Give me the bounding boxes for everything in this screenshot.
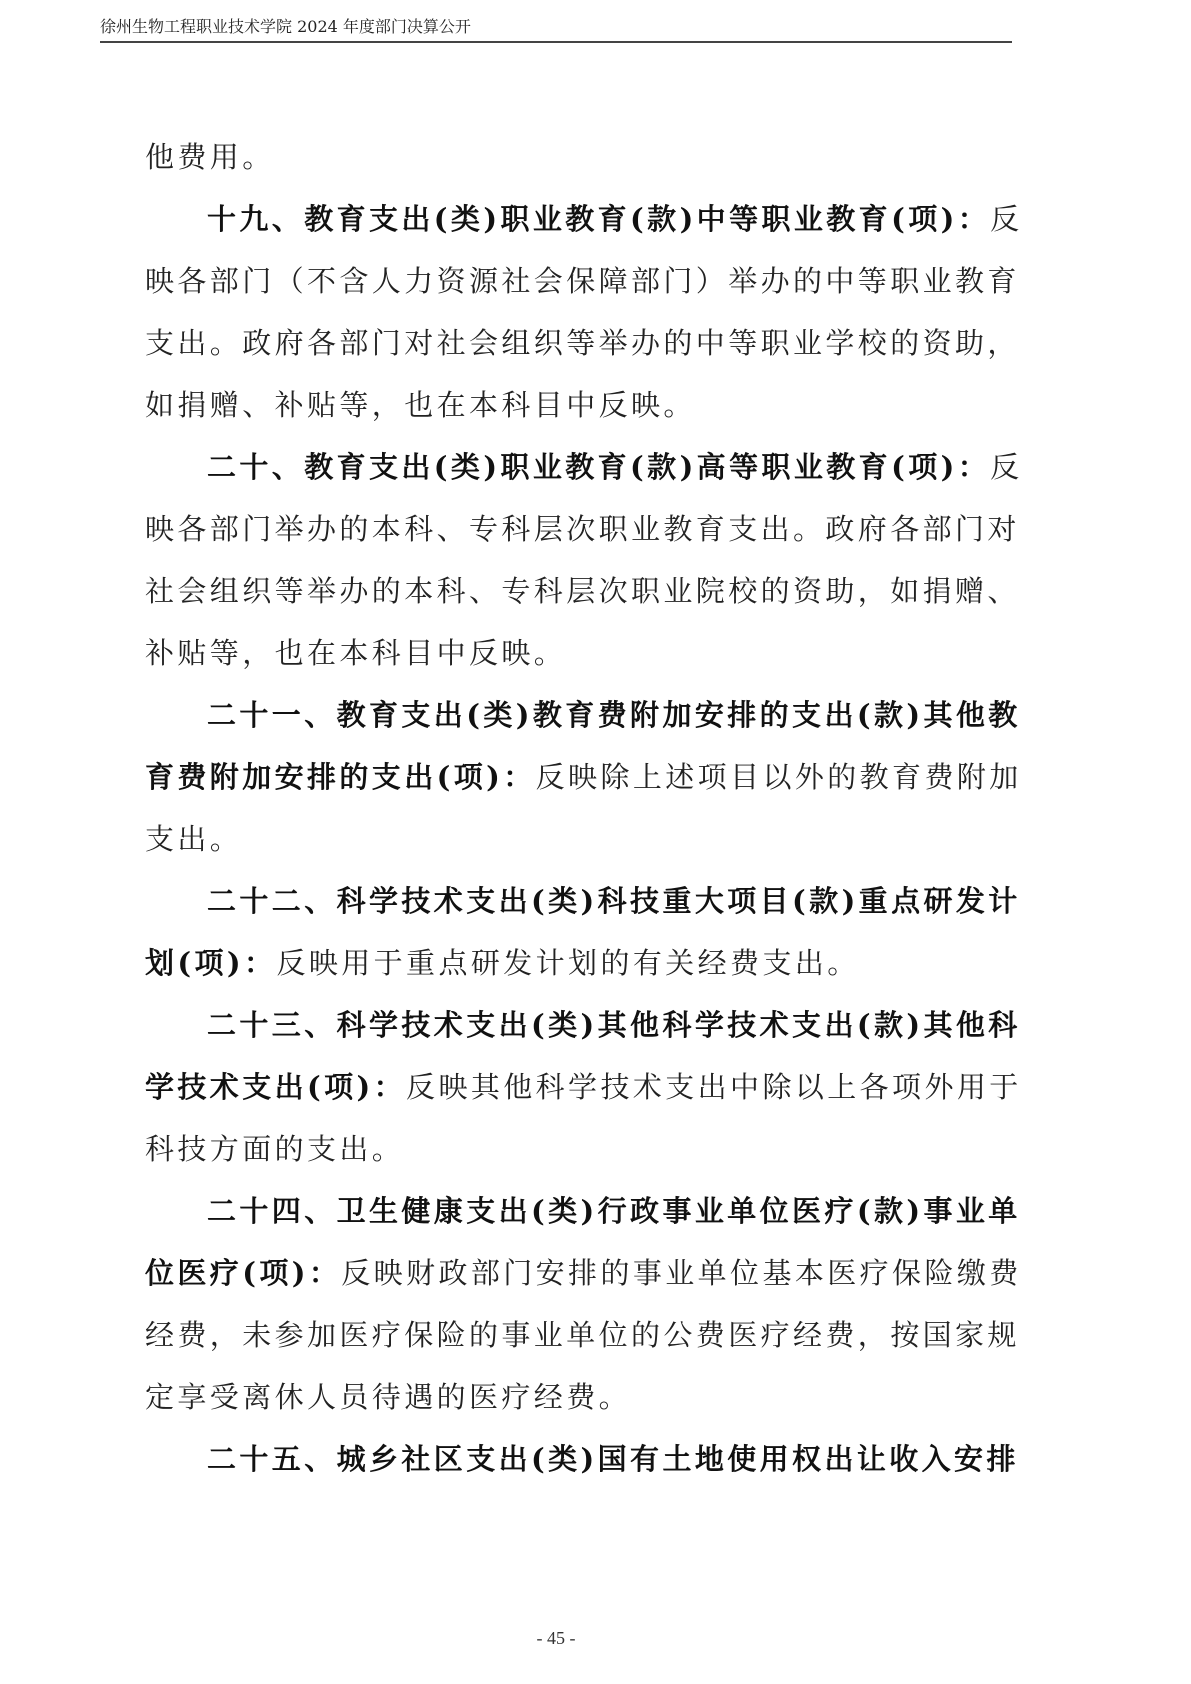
section-heading: 十九、教育支出(类)职业教育(款)中等职业教育(项)： xyxy=(207,202,990,236)
body-text: 反映财政部门安排的事业单位基本医疗保险缴费 xyxy=(341,1256,1021,1290)
body-line: 二十、教育支出(类)职业教育(款)高等职业教育(项)：反 xyxy=(145,436,965,498)
body-line: 补贴等，也在本科目中反映。 xyxy=(145,622,965,684)
body-line: 他费用。 xyxy=(145,126,965,188)
body-text: 经费，未参加医疗保险的事业单位的公费医疗经费，按国家规 xyxy=(145,1318,1020,1352)
body-text: 反映用于重点研发计划的有关经费支出。 xyxy=(276,946,859,980)
document-body: 他费用。 十九、教育支出(类)职业教育(款)中等职业教育(项)：反 映各部门（不… xyxy=(145,126,965,1490)
body-text: 映各部门举办的本科、专科层次职业教育支出。政府各部门对 xyxy=(145,512,1020,546)
body-text: 科技方面的支出。 xyxy=(145,1132,404,1166)
body-line: 映各部门举办的本科、专科层次职业教育支出。政府各部门对 xyxy=(145,498,965,560)
body-line: 育费附加安排的支出(项)：反映除上述项目以外的教育费附加 xyxy=(145,746,965,808)
body-line: 如捐赠、补贴等，也在本科目中反映。 xyxy=(145,374,965,436)
header-divider xyxy=(100,41,1012,43)
body-line: 支出。 xyxy=(145,808,965,870)
body-text: 反 xyxy=(990,450,1022,484)
body-text: 反映除上述项目以外的教育费附加 xyxy=(536,760,1022,794)
body-text: 如捐赠、补贴等，也在本科目中反映。 xyxy=(145,388,696,422)
body-line: 二十一、教育支出(类)教育费附加安排的支出(款)其他教 xyxy=(145,684,965,746)
body-text: 映各部门（不含人力资源社会保障部门）举办的中等职业教育 xyxy=(145,264,1020,298)
body-line: 位医疗(项)：反映财政部门安排的事业单位基本医疗保险缴费 xyxy=(145,1242,965,1304)
body-line: 定享受离休人员待遇的医疗经费。 xyxy=(145,1366,965,1428)
body-line: 支出。政府各部门对社会组织等举办的中等职业学校的资助， xyxy=(145,312,965,374)
body-line: 二十四、卫生健康支出(类)行政事业单位医疗(款)事业单 xyxy=(145,1180,965,1242)
section-heading: 二十五、城乡社区支出(类)国有土地使用权出让收入安排 xyxy=(207,1442,1019,1476)
section-heading: 二十四、卫生健康支出(类)行政事业单位医疗(款)事业单 xyxy=(207,1194,1021,1228)
section-heading: 学技术支出(项)： xyxy=(145,1070,406,1104)
body-text: 支出。政府各部门对社会组织等举办的中等职业学校的资助， xyxy=(145,326,1020,360)
body-line: 十九、教育支出(类)职业教育(款)中等职业教育(项)：反 xyxy=(145,188,965,250)
section-heading: 二十三、科学技术支出(类)其他科学技术支出(款)其他科 xyxy=(207,1008,1021,1042)
body-line: 二十五、城乡社区支出(类)国有土地使用权出让收入安排 xyxy=(145,1428,965,1490)
body-text: 补贴等，也在本科目中反映。 xyxy=(145,636,566,670)
document-header-title: 徐州生物工程职业技术学院 2024 年度部门决算公开 xyxy=(100,14,1011,37)
body-line: 划(项)：反映用于重点研发计划的有关经费支出。 xyxy=(145,932,965,994)
body-text: 反映其他科学技术支出中除以上各项外用于 xyxy=(406,1070,1022,1104)
section-heading: 划(项)： xyxy=(145,946,276,980)
body-line: 经费，未参加医疗保险的事业单位的公费医疗经费，按国家规 xyxy=(145,1304,965,1366)
body-line: 社会组织等举办的本科、专科层次职业院校的资助，如捐赠、 xyxy=(145,560,965,622)
body-text: 他费用。 xyxy=(145,140,275,174)
section-heading: 二十、教育支出(类)职业教育(款)高等职业教育(项)： xyxy=(207,450,990,484)
body-line: 二十二、科学技术支出(类)科技重大项目(款)重点研发计 xyxy=(145,870,965,932)
body-line: 学技术支出(项)：反映其他科学技术支出中除以上各项外用于 xyxy=(145,1056,965,1118)
body-line: 映各部门（不含人力资源社会保障部门）举办的中等职业教育 xyxy=(145,250,965,312)
body-line: 二十三、科学技术支出(类)其他科学技术支出(款)其他科 xyxy=(145,994,965,1056)
body-text: 定享受离休人员待遇的医疗经费。 xyxy=(145,1380,631,1414)
section-heading: 育费附加安排的支出(项)： xyxy=(145,760,536,794)
body-text: 社会组织等举办的本科、专科层次职业院校的资助，如捐赠、 xyxy=(145,574,1020,608)
body-text: 反 xyxy=(990,202,1022,236)
page-number: - 45 - xyxy=(0,1628,1112,1649)
section-heading: 二十二、科学技术支出(类)科技重大项目(款)重点研发计 xyxy=(207,884,1021,918)
body-text: 支出。 xyxy=(145,822,242,856)
body-line: 科技方面的支出。 xyxy=(145,1118,965,1180)
section-heading: 二十一、教育支出(类)教育费附加安排的支出(款)其他教 xyxy=(207,698,1021,732)
section-heading: 位医疗(项)： xyxy=(145,1256,341,1290)
